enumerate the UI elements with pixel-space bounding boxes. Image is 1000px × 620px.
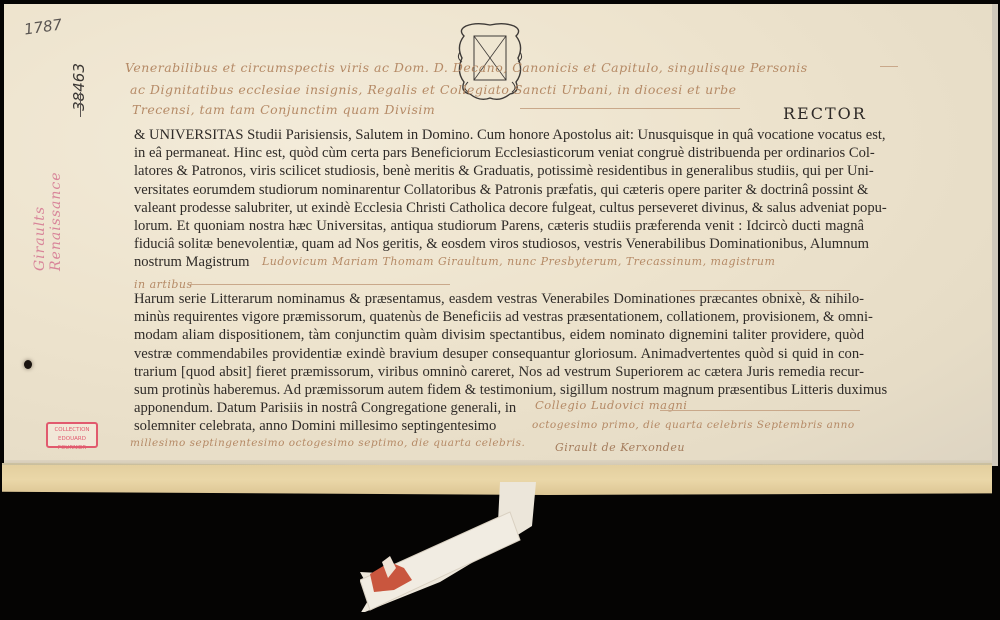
margin-annotation: Giraults Renaissance <box>32 151 64 271</box>
dash-line <box>520 108 740 109</box>
body-paragraph-1: & UNIVERSITAS Studii Parisiensis, Salute… <box>134 126 864 253</box>
body-paragraph-2: Harum serie Litterarum nominamus & præse… <box>134 290 864 399</box>
stamp-line-2: EDOUARD FOURNIER <box>48 435 96 453</box>
print-line: minùs requirentes vigore præmissorum, qu… <box>134 308 864 326</box>
dash-line <box>190 284 450 285</box>
wax-seal-tag <box>360 482 540 612</box>
handwritten-date-line-1: octogesimo primo, die quarta celebris Se… <box>532 419 855 431</box>
signature: Girault de Kerxondeu <box>555 441 685 454</box>
print-line: & UNIVERSITAS Studii Parisiensis, Salute… <box>134 126 864 144</box>
handwritten-header-line-3: Trecensi, tam tam Conjunctim quam Divisi… <box>132 102 435 117</box>
body-line-solemniter: solemniter celebrata, anno Domini milles… <box>134 417 496 435</box>
print-line: latores & Patronos, viris scilicet studi… <box>134 162 864 180</box>
print-line: vestræ commendabiles providentiæ exindè … <box>134 345 864 363</box>
print-line: sum protinùs haberemus. Ad præmissorum a… <box>134 381 864 399</box>
dash-line <box>660 410 860 411</box>
inventory-number: 38463 <box>70 52 88 122</box>
print-line: valeant prodesse salubriter, ut exindè E… <box>134 199 864 217</box>
handwritten-date-line-2: millesimo septingentesimo octogesimo sep… <box>130 437 525 449</box>
print-line: Harum serie Litterarum nominamus & præse… <box>134 290 864 308</box>
print-line: lorum. Et quoniam nostra hæc Universitas… <box>134 217 864 235</box>
body-line-datum: apponendum. Datum Parisiis in nostrâ Con… <box>134 399 516 417</box>
print-line: trarium [quod absit] fieret præmissorum,… <box>134 363 864 381</box>
collection-stamp: COLLECTION EDOUARD FOURNIER <box>46 422 98 448</box>
print-line: versitates eorumdem studiorum nominarent… <box>134 181 864 199</box>
print-line: modam aliam dispositionem, tàm conjuncti… <box>134 326 864 344</box>
punch-hole <box>24 360 32 369</box>
heading-rector: RECTOR <box>783 104 867 123</box>
dash-line <box>880 66 898 67</box>
print-line: fiduciâ solitæ benevolentiæ, quam ad Nos… <box>134 235 864 253</box>
inventory-underline <box>80 92 81 117</box>
stamp-line-1: COLLECTION <box>48 426 96 435</box>
handwritten-header-line-2: ac Dignitatibus ecclesiae insignis, Rega… <box>130 82 737 97</box>
handwritten-header-line-1: Venerabilibus et circumspectis viris ac … <box>125 60 808 75</box>
handwritten-nominee-name: Ludovicum Mariam Thomam Giraultum, nunc … <box>262 255 775 268</box>
body-line-magistrum: nostrum Magistrum <box>134 253 250 271</box>
print-line: in eâ permaneat. Hinc est, quòd cùm cert… <box>134 144 864 162</box>
